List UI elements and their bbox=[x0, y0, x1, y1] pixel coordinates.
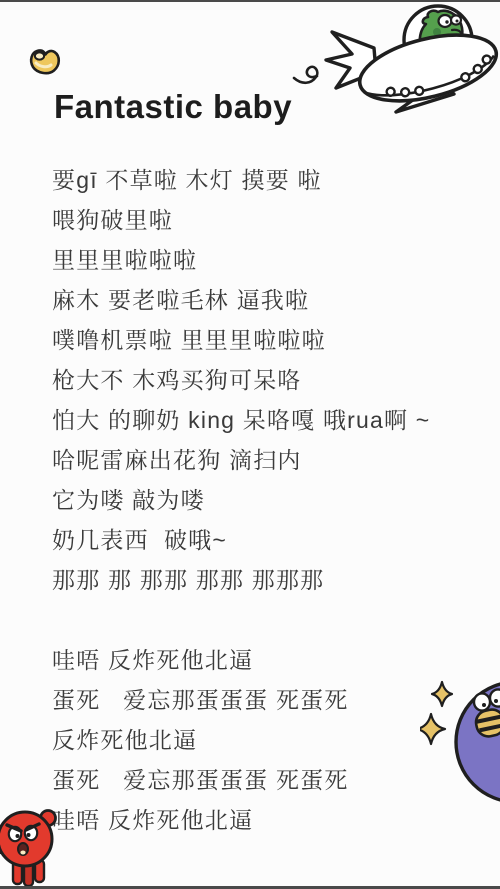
tomato-doodle-icon bbox=[0, 806, 60, 888]
lyric-line: 它为喽 敲为喽 bbox=[52, 480, 482, 520]
lyric-line: 哈呢雷麻出花狗 滴扫内 bbox=[52, 440, 482, 480]
lyric-line: 哇唔 反炸死他北逼 bbox=[52, 640, 482, 680]
lyric-line: 蛋死 爱忘那蛋蛋蛋 死蛋死 bbox=[52, 680, 482, 720]
lyric-line: 麻木 要老啦毛林 逼我啦 bbox=[52, 280, 482, 320]
lyrics-page: Fantastic baby 要gī 不草啦 木灯 摸要 啦喂狗破里啦里里里啦啦… bbox=[0, 0, 500, 889]
lyric-line: 噗噜机票啦 里里里啦啦啦 bbox=[52, 320, 482, 360]
lyric-line: 奶几表西 破哦~ bbox=[52, 520, 482, 560]
lyric-line: 蛋死 爱忘那蛋蛋蛋 死蛋死 bbox=[52, 760, 482, 800]
lyric-line: 喂狗破里啦 bbox=[52, 200, 482, 240]
lyric-line: 里里里啦啦啦 bbox=[52, 240, 482, 280]
lyric-line: 哇唔 反炸死他北逼 bbox=[52, 800, 482, 840]
lyric-line: 怕大 的聊奶 king 呆咯嘎 哦rua啊 ~ bbox=[52, 400, 482, 440]
bean-doodle-icon bbox=[24, 42, 64, 82]
ufo-dino-doodle-icon bbox=[290, 2, 500, 114]
lyric-line: 要gī 不草啦 木灯 摸要 啦 bbox=[52, 160, 482, 200]
lyric-line: 反炸死他北逼 bbox=[52, 720, 482, 760]
page-title: Fantastic baby bbox=[54, 88, 292, 126]
lyric-line: 那那 那 那那 那那 那那那 bbox=[52, 560, 482, 600]
lyric-line bbox=[52, 600, 482, 640]
lyrics-block: 要gī 不草啦 木灯 摸要 啦喂狗破里啦里里里啦啦啦麻木 要老啦毛林 逼我啦噗噜… bbox=[52, 160, 482, 840]
lyric-line: 枪大不 木鸡买狗可呆咯 bbox=[52, 360, 482, 400]
top-border-line bbox=[0, 0, 500, 2]
